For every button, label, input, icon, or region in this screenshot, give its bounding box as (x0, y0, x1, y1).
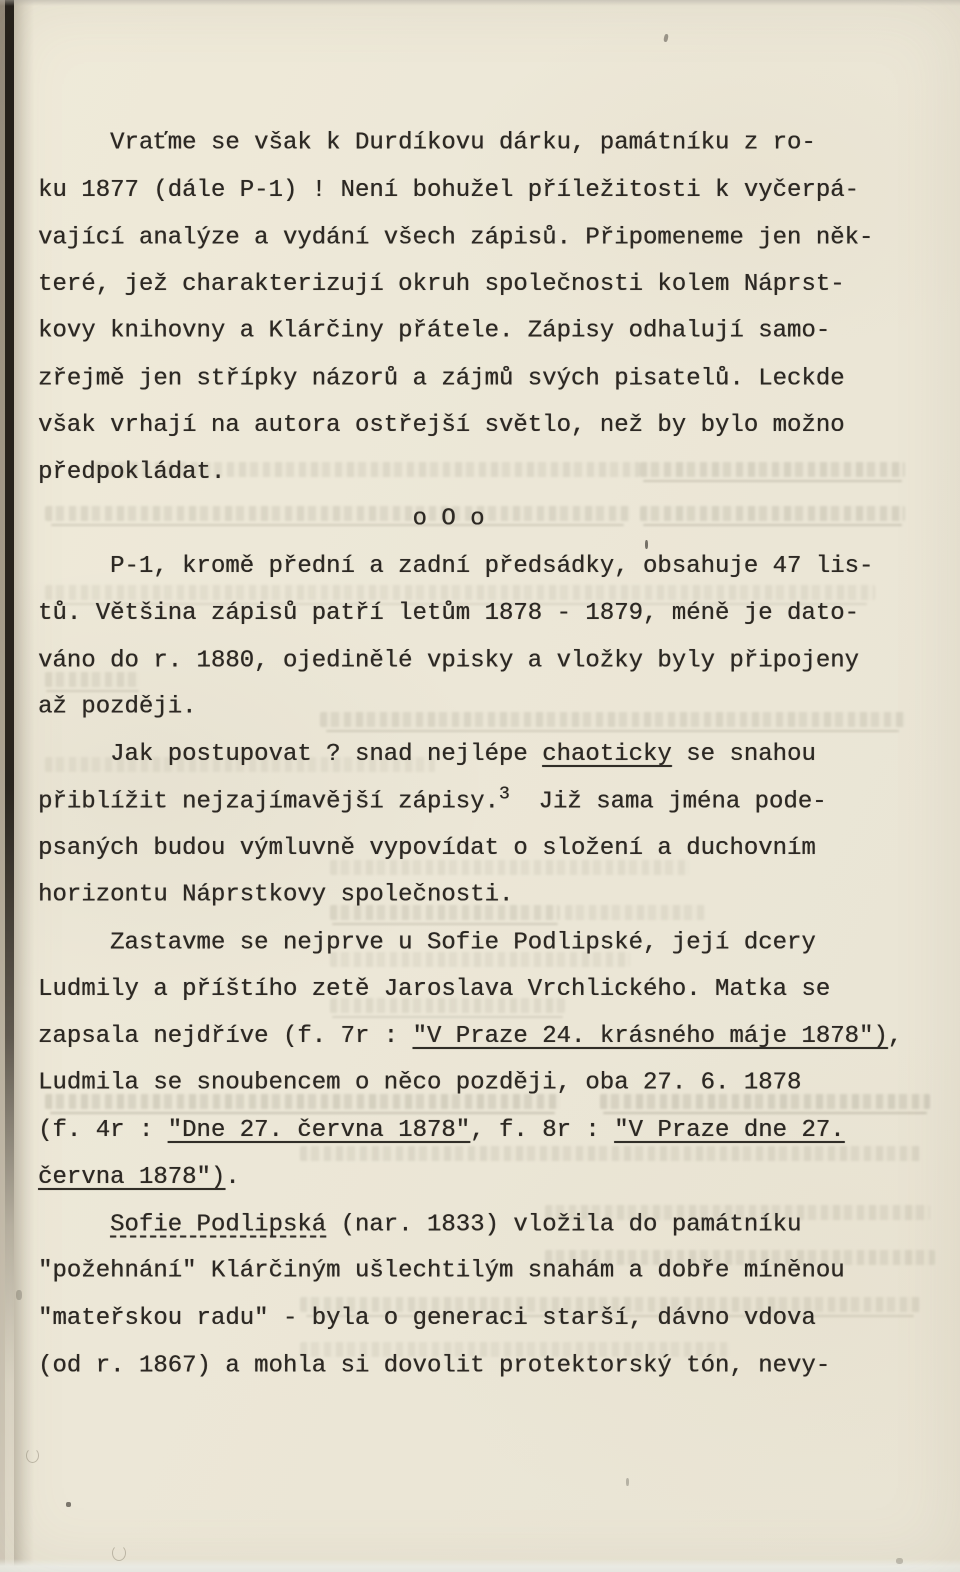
typewritten-text: Vraťme se však k Durdíkovu dárku, památn… (38, 120, 943, 1389)
text-line: kovy knihovny a Klárčiny přátele. Zápisy… (38, 308, 943, 355)
text-line: přiblížit nejzajímavější zápisy.3 Již sa… (38, 779, 943, 826)
text-run: P-1, kromě přední a zadní předsádky, obs… (38, 553, 873, 580)
scan-top-strip (0, 0, 960, 6)
manuscript-scan-page: Vraťme se však k Durdíkovu dárku, památn… (0, 0, 960, 1572)
text-line: Jak postupovat ? snad nejlépe chaoticky … (38, 731, 943, 778)
text-line: června 1878"). (38, 1154, 943, 1201)
text-line: ku 1877 (dále P-1) ! Není bohužel přílež… (38, 167, 943, 214)
ink-speck (66, 1502, 71, 1507)
text-run: "požehnání" Klárčiným ušlechtilým snahám… (38, 1258, 845, 1285)
text-run: ku 1877 (dále P-1) ! Není bohužel přílež… (38, 177, 859, 204)
text-run: Zastavme se nejprve u Sofie Podlipské, j… (38, 930, 816, 957)
text-run: Vraťme se však k Durdíkovu dárku, památn… (38, 130, 816, 157)
text-run: "mateřskou radu" - byla o generaci starš… (38, 1305, 816, 1332)
text-run: přiblížit nejzajímavější zápisy. (38, 789, 499, 816)
page-left-edge-shadow (5, 0, 14, 1572)
text-run: . (225, 1164, 239, 1191)
text-run: předpokládat. (38, 459, 225, 486)
text-run: psaných budou výmluvně vypovídat o slože… (38, 835, 816, 862)
text-run: váno do r. 1880, ojedinělé vpisky a vlož… (38, 648, 859, 675)
underlined-text: chaoticky (542, 741, 672, 768)
text-line: zřejmě jen střípky názorů a zájmů svých … (38, 356, 943, 403)
text-line: Sofie Podlipská (nar. 1833) vložila do p… (38, 1202, 943, 1249)
text-run: Jak postupovat ? snad nejlépe (38, 741, 542, 768)
text-line: horizontu Náprstkovy společnosti. (38, 872, 943, 919)
text-run: Ludmily a příštího zetě Jaroslava Vrchli… (38, 976, 830, 1003)
text-run: , (888, 1023, 902, 1050)
text-run: tů. Většina zápisů patří letům 1878 - 18… (38, 600, 859, 627)
page-left-edge-soft (14, 0, 34, 1572)
underlined-text: "V Praze dne 27. (614, 1117, 844, 1144)
text-line: tů. Většina zápisů patří letům 1878 - 18… (38, 590, 943, 637)
text-run: teré, jež charakterizují okruh společnos… (38, 271, 845, 298)
text-run: horizontu Náprstkovy společnosti. (38, 882, 513, 909)
text-line: o O o (38, 496, 943, 543)
text-line: psaných budou výmluvně vypovídat o slože… (38, 825, 943, 872)
text-run: kovy knihovny a Klárčiny přátele. Zápisy… (38, 318, 830, 345)
text-line: váno do r. 1880, ojedinělé vpisky a vlož… (38, 638, 943, 685)
text-run: (od r. 1867) a mohla si dovolit protekto… (38, 1353, 830, 1380)
underlined-text: "Dne 27. června 1878" (168, 1117, 470, 1144)
text-run: zapsala nejdříve (f. 7r : (38, 1023, 412, 1050)
text-run: až později. (38, 694, 196, 721)
text-run: Již sama jména pode- (510, 789, 827, 816)
text-line: však vrhají na autora ostřejší světlo, n… (38, 402, 943, 449)
text-run: , f. 8r : (470, 1117, 614, 1144)
text-line: Ludmily a příštího zetě Jaroslava Vrchli… (38, 966, 943, 1013)
text-line: Zastavme se nejprve u Sofie Podlipské, j… (38, 920, 943, 967)
text-line: "mateřskou radu" - byla o generaci starš… (38, 1295, 943, 1342)
text-line: Vraťme se však k Durdíkovu dárku, památn… (38, 120, 943, 167)
text-line: předpokládat. (38, 449, 943, 496)
underlined-text: "V Praze 24. krásného máje 1878") (412, 1023, 887, 1050)
text-run: Ludmila se snoubencem o něco později, ob… (38, 1070, 801, 1097)
text-line: P-1, kromě přední a zadní předsádky, obs… (38, 543, 943, 590)
text-line: teré, jež charakterizují okruh společnos… (38, 261, 943, 308)
text-line: až později. (38, 684, 943, 731)
footnote-marker: 3 (499, 785, 510, 805)
text-run (38, 1212, 110, 1239)
dash-underlined-text: Sofie Podlipská (110, 1212, 326, 1239)
scan-bottom-strip (0, 1559, 960, 1572)
text-run: o O o (38, 506, 484, 533)
text-run: (f. 4r : (38, 1117, 168, 1144)
text-line: zapsala nejdříve (f. 7r : "V Praze 24. k… (38, 1013, 943, 1060)
text-run: (nar. 1833) vložila do památníku (326, 1212, 801, 1239)
underlined-text: června 1878") (38, 1164, 225, 1191)
ink-speck (663, 34, 669, 43)
text-run: však vrhají na autora ostřejší světlo, n… (38, 412, 845, 439)
text-line: "požehnání" Klárčiným ušlechtilým snahám… (38, 1248, 943, 1295)
text-line: vající analýze a vydání všech zápisů. Př… (38, 215, 943, 262)
text-run: se snahou (672, 741, 816, 768)
text-line: (od r. 1867) a mohla si dovolit protekto… (38, 1343, 943, 1390)
ink-speck (626, 1478, 629, 1486)
text-line: Ludmila se snoubencem o něco později, ob… (38, 1060, 943, 1107)
text-line: (f. 4r : "Dne 27. června 1878", f. 8r : … (38, 1107, 943, 1154)
text-run: zřejmě jen střípky názorů a zájmů svých … (38, 366, 845, 393)
text-run: vající analýze a vydání všech zápisů. Př… (38, 225, 873, 252)
